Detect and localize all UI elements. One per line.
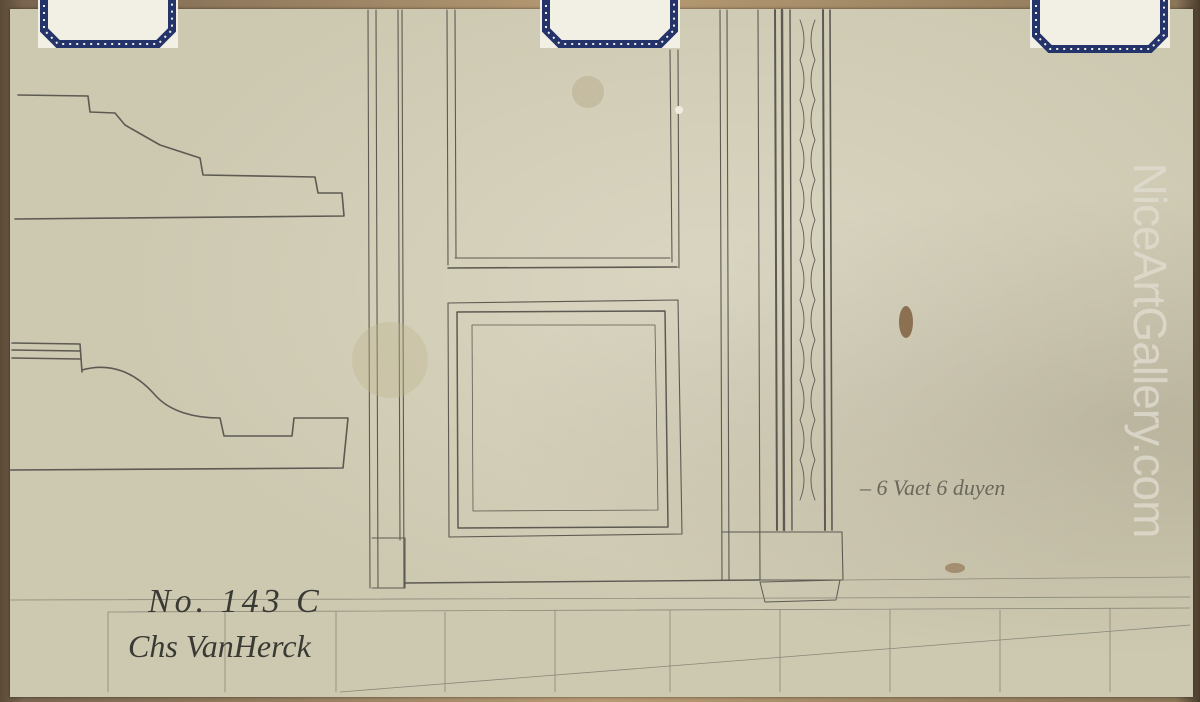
left-hinge bbox=[38, 0, 178, 48]
center-hinge bbox=[540, 0, 680, 48]
leaf-garland bbox=[800, 20, 815, 500]
inscription-number: No. 143 C bbox=[148, 583, 323, 621]
inscription-artist: Chs VanHerck bbox=[128, 628, 311, 665]
upper-moulding-profile bbox=[15, 95, 344, 219]
lower-moulding-profile bbox=[10, 343, 348, 470]
decorative-border-icon bbox=[1030, 0, 1170, 53]
right-hinge bbox=[1030, 0, 1170, 48]
decorative-border-icon bbox=[38, 0, 178, 48]
handwritten-annotation: – 6 Vaet 6 duyen bbox=[860, 475, 1005, 501]
watermark: NiceArtGallery.com bbox=[1123, 163, 1177, 538]
right-pilaster bbox=[720, 10, 843, 602]
decorative-border-icon bbox=[540, 0, 680, 48]
left-pilaster bbox=[368, 10, 405, 588]
